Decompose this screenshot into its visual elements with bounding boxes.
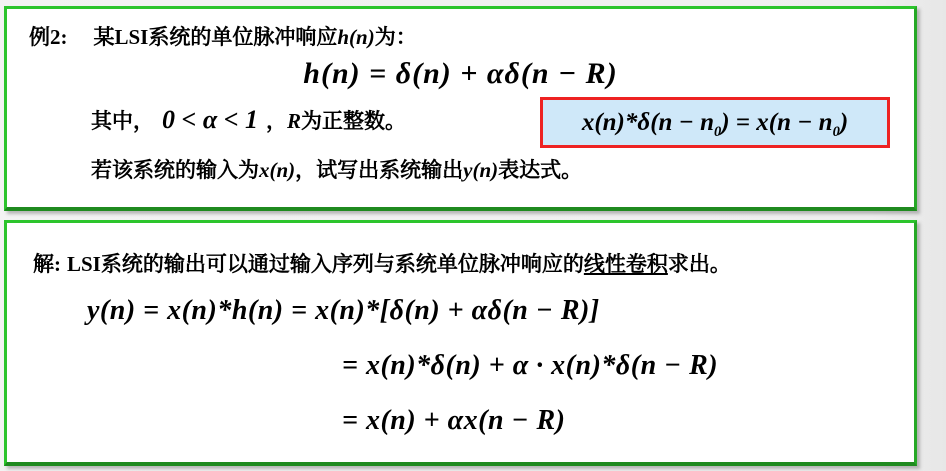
derivation-line-1: y(n) = x(n)*h(n) = x(n)*[δ(n) + αδ(n − R… bbox=[87, 295, 600, 327]
solution-intro-line: 解:LSI系统的输出可以通过输入序列与系统单位脉冲响应的线性卷积求出。 bbox=[33, 248, 731, 278]
solution-text-after: 求出。 bbox=[668, 252, 731, 276]
impulse-response-formula: h(n) = δ(n) + αδ(n − R) bbox=[7, 57, 914, 91]
solution-box: 解:LSI系统的输出可以通过输入序列与系统单位脉冲响应的线性卷积求出。 y(n)… bbox=[4, 220, 917, 466]
sifting-property-highlight: x(n)*δ(n − n0) = x(n − n0) bbox=[540, 97, 890, 148]
intro-math-hn: h(n) bbox=[337, 25, 374, 49]
intro-tail: 为： bbox=[375, 25, 417, 49]
condition-line: 其中，0 < α < 1，R为正整数。 bbox=[91, 105, 406, 135]
question-math-xn: x(n) bbox=[259, 158, 295, 182]
question-mid: ，试写出系统输出 bbox=[295, 158, 463, 182]
question-math-yn: y(n) bbox=[463, 158, 498, 182]
solution-label: 解: bbox=[33, 252, 61, 276]
intro-text: 某LSI系统的单位脉冲响应 bbox=[94, 25, 338, 49]
condition-tail: 为正整数。 bbox=[301, 109, 406, 133]
condition-prefix: 其中， bbox=[91, 109, 154, 133]
problem-intro-line: 例2:某LSI系统的单位脉冲响应h(n)为： bbox=[29, 21, 417, 51]
question-line: 若该系统的输入为x(n)，试写出系统输出y(n)表达式。 bbox=[91, 154, 582, 184]
solution-text-underlined: 线性卷积 bbox=[584, 252, 668, 276]
question-prefix: 若该系统的输入为 bbox=[91, 158, 259, 182]
condition-mid: ， bbox=[266, 109, 287, 133]
condition-math-r: R bbox=[287, 109, 301, 133]
example-label: 例2: bbox=[29, 25, 68, 49]
derivation-line-2: = x(n)*δ(n) + α · x(n)*δ(n − R) bbox=[342, 350, 718, 382]
derivation-line-3: = x(n) + αx(n − R) bbox=[342, 405, 565, 437]
problem-box: 例2:某LSI系统的单位脉冲响应h(n)为： h(n) = δ(n) + αδ(… bbox=[4, 6, 917, 211]
question-tail: 表达式。 bbox=[498, 158, 582, 182]
alpha-range-math: 0 < α < 1 bbox=[162, 105, 258, 134]
solution-text: LSI系统的输出可以通过输入序列与系统单位脉冲响应的 bbox=[67, 252, 584, 276]
sifting-property-formula: x(n)*δ(n − n0) = x(n − n0) bbox=[582, 109, 848, 137]
